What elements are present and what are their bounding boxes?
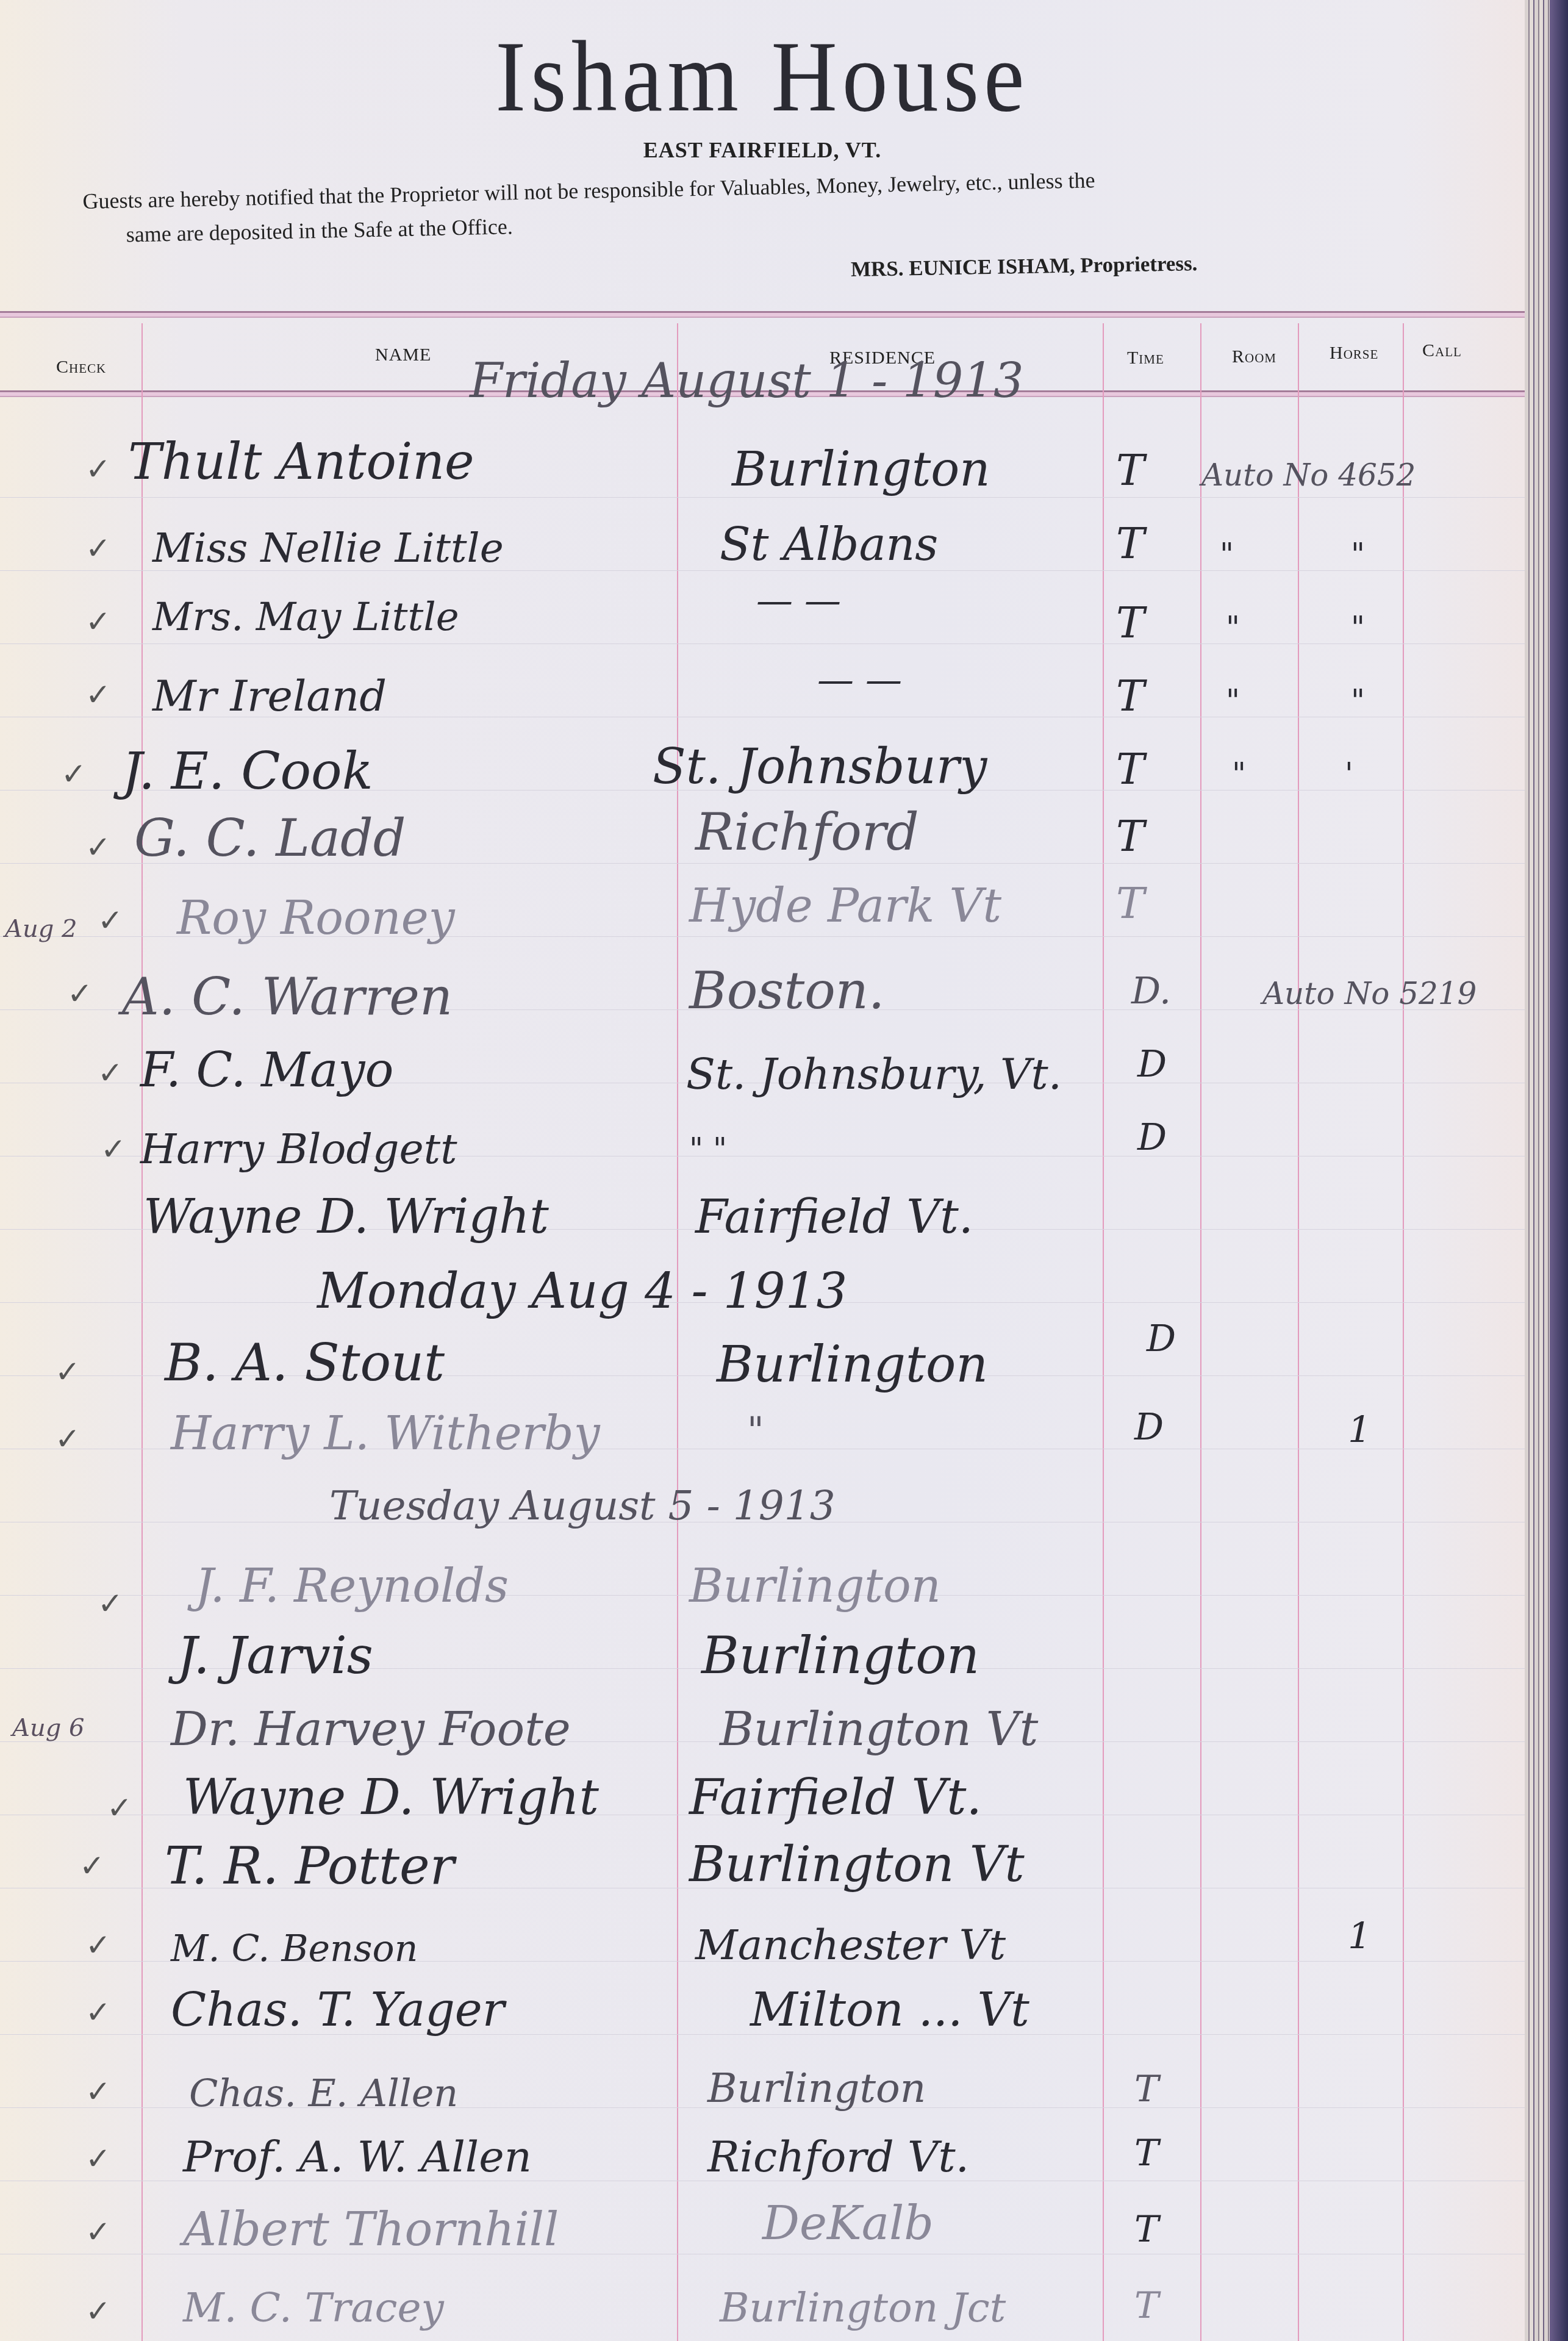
guest-name: Dr. Harvey Foote — [171, 1702, 571, 1756]
guest-name: Wayne D. Wright — [183, 1769, 599, 1826]
column-header-horse: Horse — [1330, 343, 1378, 364]
horse-ditto: " — [1351, 610, 1365, 645]
guest-name: Miss Nellie Little — [152, 525, 504, 572]
guest-residence: Fairfield Vt. — [689, 1769, 982, 1826]
guest-residence: Burlington Vt — [689, 1836, 1025, 1893]
guest-name: Mr Ireland — [152, 671, 387, 721]
auto-number: Auto No 4652 — [1201, 457, 1416, 493]
guest-residence: Fairfield Vt. — [695, 1189, 973, 1244]
guest-residence: Burlington Vt — [720, 1702, 1038, 1756]
guest-name: T. R. Potter — [165, 1836, 454, 1896]
guest-name: Harry L. Witherby — [171, 1406, 600, 1460]
row-line — [0, 497, 1525, 498]
guest-residence: Burlington — [717, 1336, 988, 1394]
horse-count: 1 — [1348, 1915, 1371, 1958]
column-header-name: NAME — [375, 345, 431, 365]
check-mark: ✓ — [85, 451, 111, 487]
time-mark: T — [1134, 2208, 1159, 2251]
guest-name: Roy Rooney — [177, 891, 455, 945]
column-header-call: Call — [1422, 340, 1462, 361]
proprietress: MRS. EUNICE ISHAM, Proprietress. — [851, 251, 1198, 282]
guest-name: Harry Blodgett — [140, 1125, 457, 1174]
guest-name: B. A. Stout — [165, 1333, 445, 1393]
guest-name: G. C. Ladd — [134, 808, 406, 868]
check-mark: ✓ — [85, 830, 111, 865]
time-mark: D — [1137, 1043, 1167, 1086]
book-page-edges — [1525, 0, 1568, 2341]
time-mark: D — [1147, 1317, 1176, 1360]
guest-name: M. C. Benson — [171, 1927, 418, 1970]
check-mark: ✓ — [61, 756, 87, 792]
column-divider — [1103, 323, 1104, 2341]
guest-residence: " — [747, 1409, 764, 1452]
room-ditto: " — [1226, 610, 1240, 645]
guest-residence: " " — [689, 1131, 727, 1167]
time-mark: T — [1116, 811, 1145, 861]
time-mark: T — [1134, 2284, 1159, 2327]
auto-number: Auto No 5219 — [1262, 976, 1477, 1011]
guest-residence: Boston. — [689, 961, 885, 1020]
guest-name: J. F. Reynolds — [195, 1558, 509, 1613]
column-divider — [1298, 323, 1299, 2341]
time-mark: D — [1137, 1116, 1167, 1159]
guest-residence: St. Johnsbury — [653, 738, 987, 795]
guest-name: A. C. Warren — [122, 967, 453, 1027]
guest-name: F. C. Mayo — [140, 1043, 393, 1098]
guest-name: Mrs. May Little — [152, 595, 459, 640]
check-mark: ✓ — [85, 531, 111, 566]
guest-residence: Burlington — [689, 1558, 941, 1613]
hotel-title: Isham House — [0, 19, 1525, 134]
margin-note: Aug 2 — [5, 915, 77, 943]
column-divider — [141, 323, 143, 2341]
horse-ditto: " — [1351, 683, 1365, 719]
column-divider — [677, 323, 678, 2341]
horse-ditto: ' — [1345, 756, 1353, 792]
column-divider — [1200, 323, 1201, 2341]
time-mark: T — [1116, 671, 1145, 721]
room-ditto: " — [1232, 756, 1246, 792]
guest-residence: DeKalb — [762, 2196, 934, 2250]
room-ditto: " — [1226, 683, 1240, 719]
check-mark: ✓ — [85, 1927, 111, 1963]
check-mark: ✓ — [85, 677, 111, 712]
row-line — [0, 644, 1525, 644]
check-mark: ✓ — [98, 903, 123, 938]
check-mark: ✓ — [55, 1421, 81, 1457]
column-header-check: Check — [56, 357, 106, 378]
column-divider — [1403, 323, 1404, 2341]
check-mark: ✓ — [79, 1848, 105, 1884]
horse-ditto: " — [1351, 537, 1365, 572]
time-mark: T — [1116, 518, 1145, 568]
guest-residence: St Albans — [720, 518, 938, 571]
guest-residence: St. Johnsbury, Vt. — [686, 1049, 1062, 1099]
column-header-time: Time — [1127, 348, 1164, 368]
check-mark: ✓ — [98, 1055, 123, 1091]
guest-residence: Milton ... Vt — [750, 1982, 1029, 2037]
time-mark: T — [1116, 445, 1145, 495]
check-mark: ✓ — [55, 1354, 81, 1389]
guest-name: Wayne D. Wright — [143, 1189, 549, 1244]
guest-residence: Burlington — [732, 442, 990, 497]
room-ditto: " — [1220, 537, 1234, 572]
check-mark: ✓ — [85, 1995, 111, 2030]
check-mark: ✓ — [107, 1790, 132, 1826]
guest-residence: — — — [756, 579, 841, 622]
guest-name: M. C. Tracey — [183, 2284, 444, 2331]
check-mark: ✓ — [85, 2214, 111, 2250]
horse-count: 1 — [1348, 1409, 1371, 1452]
guest-residence: Burlington — [707, 2065, 926, 2112]
guest-name: Thult Antoine — [128, 433, 474, 491]
time-mark: D — [1134, 1406, 1164, 1449]
check-mark: ✓ — [67, 976, 93, 1011]
guest-name: Chas. T. Yager — [171, 1982, 504, 2037]
date-heading: Friday August 1 - 1913 — [470, 354, 1024, 409]
time-mark: T — [1116, 878, 1145, 928]
check-mark: ✓ — [101, 1131, 126, 1167]
guest-residence: Hyde Park Vt — [689, 878, 1001, 933]
guest-residence: Burlington Jct — [720, 2284, 1006, 2331]
guest-name: J. Jarvis — [177, 1626, 373, 1685]
time-mark: T — [1116, 598, 1145, 648]
guest-notice: Guests are hereby notified that the Prop… — [82, 156, 1425, 253]
check-mark: ✓ — [85, 2293, 111, 2329]
check-mark: ✓ — [85, 604, 111, 639]
header-top-rule — [0, 311, 1525, 318]
ledger-page: Isham House EAST FAIRFIELD, VT. Guests a… — [0, 0, 1525, 2341]
column-header-room: Room — [1232, 346, 1276, 367]
guest-name: Albert Thornhill — [183, 2202, 559, 2256]
guest-residence: — — — [817, 659, 902, 701]
time-mark: T — [1116, 744, 1145, 794]
check-mark: ✓ — [85, 2141, 111, 2176]
guest-name: Prof. A. W. Allen — [183, 2132, 532, 2182]
guest-residence: Manchester Vt — [695, 1921, 1006, 1970]
date-heading: Tuesday August 5 - 1913 — [329, 1482, 836, 1529]
guest-name: J. E. Cook — [122, 741, 373, 801]
check-mark: ✓ — [85, 2074, 111, 2109]
margin-note: Aug 6 — [12, 1714, 84, 1742]
date-heading: Monday Aug 4 - 1913 — [317, 1263, 847, 1319]
guest-residence: Richford — [695, 802, 919, 862]
guest-name: Chas. E. Allen — [189, 2071, 458, 2115]
time-mark: D. — [1131, 970, 1171, 1013]
guest-residence: Richford Vt. — [707, 2132, 969, 2182]
check-mark: ✓ — [98, 1586, 123, 1621]
time-mark: T — [1134, 2068, 1159, 2110]
guest-residence: Burlington — [701, 1626, 979, 1685]
time-mark: T — [1134, 2132, 1159, 2174]
